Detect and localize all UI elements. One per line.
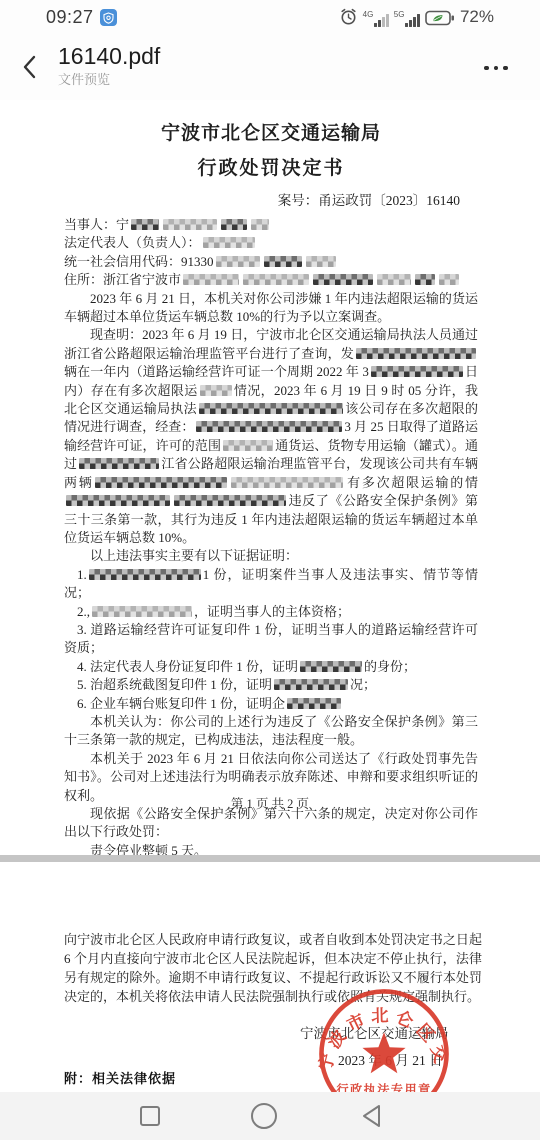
document-paragraph: 6. 企业车辆台账复印件 1 份，证明企 (64, 695, 478, 713)
redaction-mosaic (66, 495, 170, 506)
official-seal: 宁波市北仑区交通运输局 行政执法专用章 (316, 986, 452, 1092)
document-title: 行政处罚决定书 (64, 154, 478, 184)
battery-power-save-icon (425, 10, 455, 26)
redaction-mosaic (356, 348, 476, 359)
redaction-mosaic (223, 440, 273, 451)
document-paragraph: 法定代表人（负责人）： (64, 234, 478, 252)
redaction-mosaic (221, 219, 247, 230)
back-nav-button[interactable] (348, 1092, 396, 1140)
chevron-left-icon (22, 55, 36, 79)
redaction-mosaic (439, 274, 459, 285)
pdf-page-2[interactable]: 向宁波市北仑区人民政府申请行政复议，或者自收到本处罚决定书之日起 6 个月内直接… (0, 862, 540, 1092)
document-paragraph: 5. 治超系统截图复印件 1 份，证明况； (64, 676, 478, 694)
back-triangle-icon (360, 1103, 384, 1129)
redaction-mosaic (95, 477, 227, 488)
attachment-note: 附：相关法律依据 (64, 1068, 176, 1087)
page1-body: 当事人：宁法定代表人（负责人）：统一社会信用代码：91330住所：浙江省宁波市2… (64, 216, 478, 855)
recents-button[interactable] (126, 1092, 174, 1140)
clock-time: 09:27 (46, 7, 94, 28)
ellipsis-dot (484, 66, 489, 71)
shield-icon (103, 12, 114, 24)
document-paragraph: 当事人：宁 (64, 216, 478, 234)
app-header: 16140.pdf 文件预览 (0, 34, 540, 101)
more-options-button[interactable] (476, 56, 516, 80)
redaction-mosaic (163, 219, 217, 230)
home-circle-icon (250, 1102, 278, 1130)
document-paragraph: 住所：浙江省宁波市 (64, 271, 478, 289)
security-app-notification-icon (100, 9, 117, 26)
signal-4g-icon: 4G (363, 9, 389, 27)
redaction-mosaic (92, 606, 192, 617)
document-paragraph: 本机关认为：你公司的上述行为违反了《公路安全保护条例》第三十三条第一款的规定，已… (64, 713, 478, 750)
document-paragraph: 统一社会信用代码：91330 (64, 253, 478, 271)
redaction-mosaic (183, 274, 239, 285)
redaction-mosaic (274, 679, 348, 690)
document-paragraph: 现查明：2023 年 6 月 19 日，宁波市北仑区交通运输局执法人员通过浙江省… (64, 326, 478, 547)
document-paragraph: 2.,，证明当事人的主体资格； (64, 603, 478, 621)
ellipsis-dot (494, 66, 499, 71)
back-button[interactable] (12, 50, 46, 84)
redaction-mosaic (79, 458, 159, 469)
home-button[interactable] (240, 1092, 288, 1140)
page-number-footer: 第 1 页 共 2 页 (0, 794, 540, 812)
recents-square-icon (139, 1105, 161, 1127)
redaction-mosaic (300, 661, 362, 672)
document-paragraph: 以上违法事实主要有以下证据证明： (64, 547, 478, 565)
document-paragraph: 2023 年 6 月 21 日，本机关对你公司涉嫌 1 年内违法超限运输的货运车… (64, 290, 478, 327)
status-bar: 09:27 4G (0, 0, 540, 34)
redaction-mosaic (174, 495, 286, 506)
document-paragraph: 4. 法定代表人身份证复印件 1 份，证明的身份； (64, 658, 478, 676)
redaction-mosaic (89, 569, 201, 580)
redaction-mosaic (243, 274, 309, 285)
seal-center-label: 行政执法专用章 (336, 1082, 431, 1092)
file-preview-label: 文件预览 (58, 71, 160, 89)
redaction-mosaic (200, 385, 232, 396)
phone-screen: 09:27 4G (0, 0, 540, 1140)
seal-star-icon (362, 1032, 405, 1073)
document-paragraph: 责令停业整顿 5 天。 (64, 842, 478, 855)
alarm-icon (339, 7, 358, 26)
page-separator (0, 855, 540, 862)
redaction-mosaic (287, 698, 341, 709)
file-title: 16140.pdf (58, 42, 160, 70)
signal-5g-icon: 5G (394, 9, 420, 27)
ellipsis-dot (503, 66, 508, 71)
redaction-mosaic (199, 403, 343, 414)
redaction-mosaic (313, 274, 373, 285)
navigation-bar (0, 1092, 540, 1140)
redaction-mosaic (371, 366, 463, 377)
document-paragraph: 1.1 份，证明案件当事人及违法事实、情节等情况； (64, 566, 478, 603)
pdf-page-1[interactable]: 宁波市北仑区交通运输局 行政处罚决定书 案号：甬运政罚〔2023〕16140 当… (0, 100, 540, 855)
redaction-mosaic (131, 219, 159, 230)
document-org-title: 宁波市北仑区交通运输局 (64, 120, 478, 148)
redaction-mosaic (377, 274, 411, 285)
battery-percent: 72% (460, 7, 494, 27)
redaction-mosaic (415, 274, 435, 285)
redaction-mosaic (216, 256, 260, 267)
redaction-mosaic (231, 477, 343, 488)
redaction-mosaic (196, 421, 342, 432)
redaction-mosaic (264, 256, 302, 267)
redaction-mosaic (251, 219, 269, 230)
document-paragraph: 3. 道路运输经营许可证复印件 1 份，证明当事人的道路运输经营许可资质； (64, 621, 478, 658)
case-number: 案号：甬运政罚〔2023〕16140 (64, 191, 478, 211)
redaction-mosaic (203, 237, 255, 248)
redaction-mosaic (306, 256, 336, 267)
page2-paragraph: 向宁波市北仑区人民政府申请行政复议，或者自收到本处罚决定书之日起 6 个月内直接… (0, 862, 540, 1006)
